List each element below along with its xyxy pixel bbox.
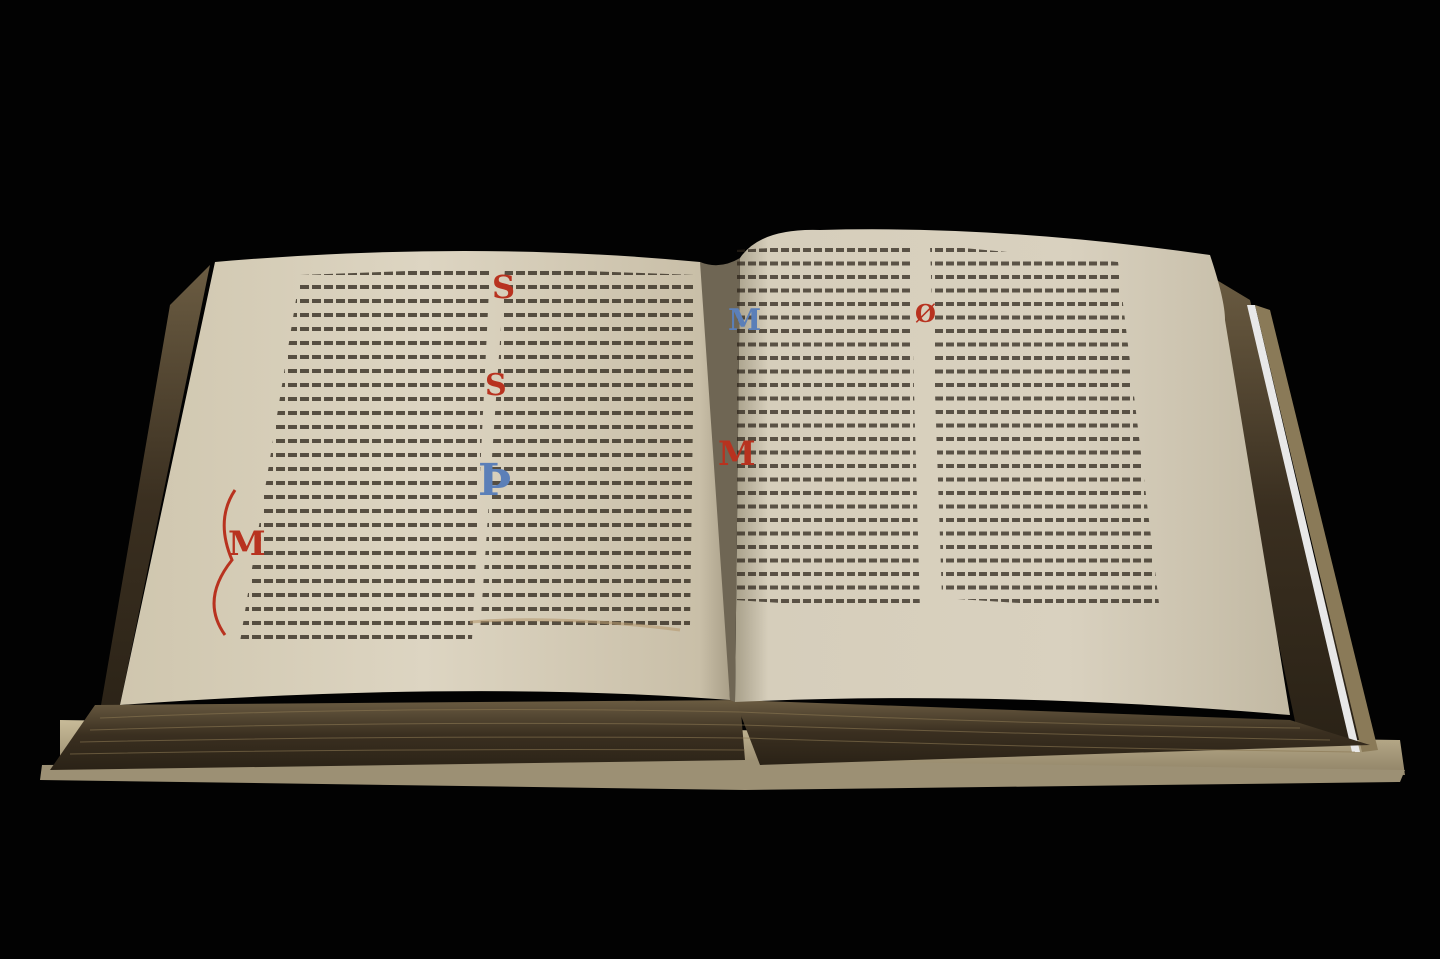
- initial-s-1: S: [492, 268, 515, 306]
- manuscript-illustration: S S Þ M M M Ø: [0, 0, 1440, 959]
- right-column-1-text: [735, 240, 920, 612]
- initial-o-red: Ø: [915, 299, 936, 328]
- initial-s-2: S: [485, 368, 507, 403]
- initial-m-left: M: [228, 524, 266, 564]
- left-column-2-text: [480, 268, 695, 632]
- initial-m-right-blue: M: [728, 303, 761, 338]
- manuscript-photo: Open medieval manuscript book on black b…: [0, 0, 1440, 959]
- initial-m-right-red: M: [718, 434, 756, 474]
- initial-thorn: Þ: [478, 455, 511, 506]
